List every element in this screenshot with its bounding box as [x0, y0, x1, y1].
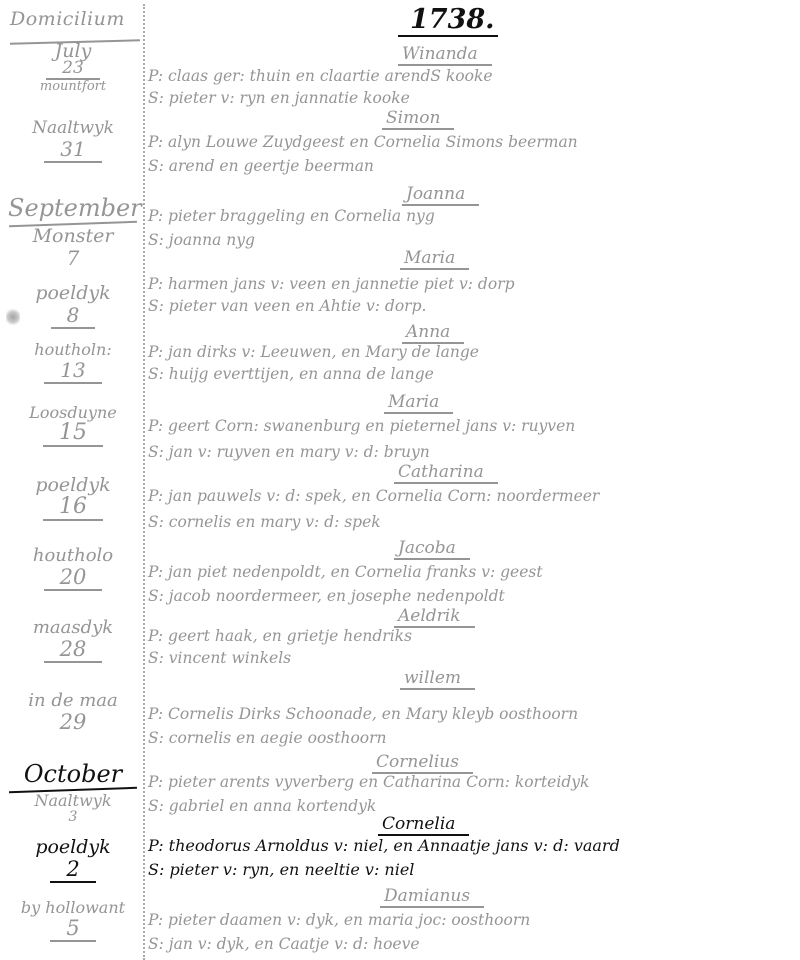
- year-heading: 1738.: [410, 4, 495, 35]
- margin-day: 13: [44, 359, 101, 384]
- margin-day: 20: [44, 566, 103, 591]
- parents-line: P: jan piet nedenpoldt, en Cornelia fran…: [148, 562, 543, 582]
- margin-date-20: houtholo 20: [8, 545, 138, 591]
- margin-day: 31: [44, 138, 101, 163]
- margin-place: in de maa: [8, 690, 138, 711]
- margin-place: by hollowant: [8, 898, 138, 917]
- margin-place: poeldyk: [8, 474, 138, 496]
- margin-day: 3: [69, 809, 78, 825]
- margin-date-october-3: October Naaltwyk 3: [8, 760, 138, 824]
- parents-line: P: geert haak, en grietje hendriks: [148, 626, 412, 646]
- margin-month: September: [8, 194, 138, 222]
- parents-line: P: pieter braggeling en Cornelia nyg: [148, 206, 435, 226]
- child-name: Joanna: [402, 184, 479, 206]
- margin-place: Naaltwyk: [8, 118, 138, 138]
- sponsors-line: S: arend en geertje beerman: [148, 156, 374, 176]
- margin-place: Naaltwyk: [8, 791, 138, 810]
- sponsors-line: S: joanna nyg: [148, 230, 255, 250]
- sponsors-line: S: jan v: dyk, en Caatje v: d: hoeve: [148, 934, 420, 954]
- margin-date-2: poeldyk 2: [8, 836, 138, 883]
- child-name: Aeldrik: [394, 606, 475, 628]
- year-underline: [398, 35, 498, 37]
- sponsors-line: S: pieter v: ryn en jannatie kooke: [148, 88, 410, 108]
- child-name: Maria: [384, 392, 453, 414]
- child-name: Cornelia: [378, 814, 469, 836]
- child-name: Jacoba: [394, 538, 470, 560]
- margin-day: 2: [50, 858, 95, 883]
- margin-day: 15: [43, 422, 103, 447]
- child-name: Maria: [400, 248, 469, 270]
- margin-place: poeldyk: [8, 282, 138, 304]
- child-name: Anna: [402, 322, 464, 344]
- margin-date-28: maasdyk 28: [8, 617, 138, 663]
- parents-line: P: jan pauwels v: d: spek, en Cornelia C…: [148, 486, 599, 506]
- sponsors-line: S: jan v: ruyven en mary v: d: bruyn: [148, 442, 430, 462]
- margin-place: poeldyk: [8, 836, 138, 858]
- margin-divider: [143, 4, 145, 960]
- margin-place: mountfort: [8, 80, 138, 94]
- margin-day: 5: [50, 917, 95, 942]
- margin-month: October: [8, 760, 138, 788]
- sponsors-line: S: pieter van veen en Ahtie v: dorp.: [148, 296, 426, 316]
- sponsors-line: S: vincent winkels: [148, 648, 291, 668]
- child-name: willem: [400, 668, 475, 690]
- sponsors-line: S: gabriel en anna kortendyk: [148, 796, 376, 816]
- margin-place: houtholn:: [8, 340, 138, 359]
- sponsors-line: S: cornelis en aegie oosthoorn: [148, 728, 387, 748]
- parents-line: P: theodorus Arnoldus v: niel, en Annaat…: [148, 836, 620, 856]
- child-name: Catharina: [394, 462, 498, 484]
- sponsors-line: S: jacob noordermeer, en josephe nedenpo…: [148, 586, 505, 606]
- sponsors-line: S: huijg everttijen, en anna de lange: [148, 364, 434, 384]
- margin-day: 8: [51, 304, 96, 329]
- parents-line: P: Cornelis Dirks Schoonade, en Mary kle…: [148, 704, 578, 724]
- register-page: 1738. Domicilium July 23 mountfort Naalt…: [0, 0, 800, 960]
- child-name: Winanda: [398, 44, 492, 66]
- parents-line: P: harmen jans v: veen en jannetie piet …: [148, 274, 515, 294]
- margin-date-13: houtholn: 13: [8, 340, 138, 384]
- sponsors-line: S: pieter v: ryn, en neeltie v: niel: [148, 860, 414, 880]
- margin-date-september-7: September Monster 7: [8, 194, 138, 270]
- parents-line: P: jan dirks v: Leeuwen, en Mary de lang…: [148, 342, 479, 362]
- sponsors-line: S: cornelis en mary v: d: spek: [148, 512, 381, 532]
- parents-line: P: alyn Louwe Zuydgeest en Cornelia Simo…: [148, 132, 578, 152]
- margin-date-5: by hollowant 5: [8, 898, 138, 942]
- margin-place: houtholo: [8, 545, 138, 566]
- margin-day: 28: [44, 638, 103, 663]
- margin-date-31: Naaltwyk 31: [8, 118, 138, 163]
- parents-line: P: pieter arents vyverberg en Catharina …: [148, 772, 589, 792]
- margin-day: 29: [44, 711, 103, 734]
- margin-day: 16: [43, 496, 103, 521]
- margin-date-16: poeldyk 16: [8, 474, 138, 521]
- margin-place: maasdyk: [8, 617, 138, 638]
- child-name: Cornelius: [372, 752, 473, 774]
- parents-line: P: geert Corn: swanenburg en pieternel j…: [148, 416, 575, 436]
- margin-date-8: poeldyk 8: [8, 282, 138, 329]
- margin-place: Monster: [8, 225, 138, 247]
- parents-line: P: claas ger: thuin en claartie arendS k…: [148, 66, 493, 86]
- margin-date-29: in de maa 29: [8, 690, 138, 734]
- parents-line: P: pieter daamen v: dyk, en maria joc: o…: [148, 910, 530, 930]
- child-name: Damianus: [380, 886, 484, 908]
- child-name: Simon: [382, 108, 454, 130]
- margin-header: Domicilium: [10, 8, 125, 30]
- margin-day: 23: [46, 60, 100, 80]
- margin-day: 7: [51, 247, 96, 270]
- margin-date-july-23: July 23 mountfort: [8, 42, 138, 94]
- margin-date-15: Loosduyne 15: [8, 403, 138, 447]
